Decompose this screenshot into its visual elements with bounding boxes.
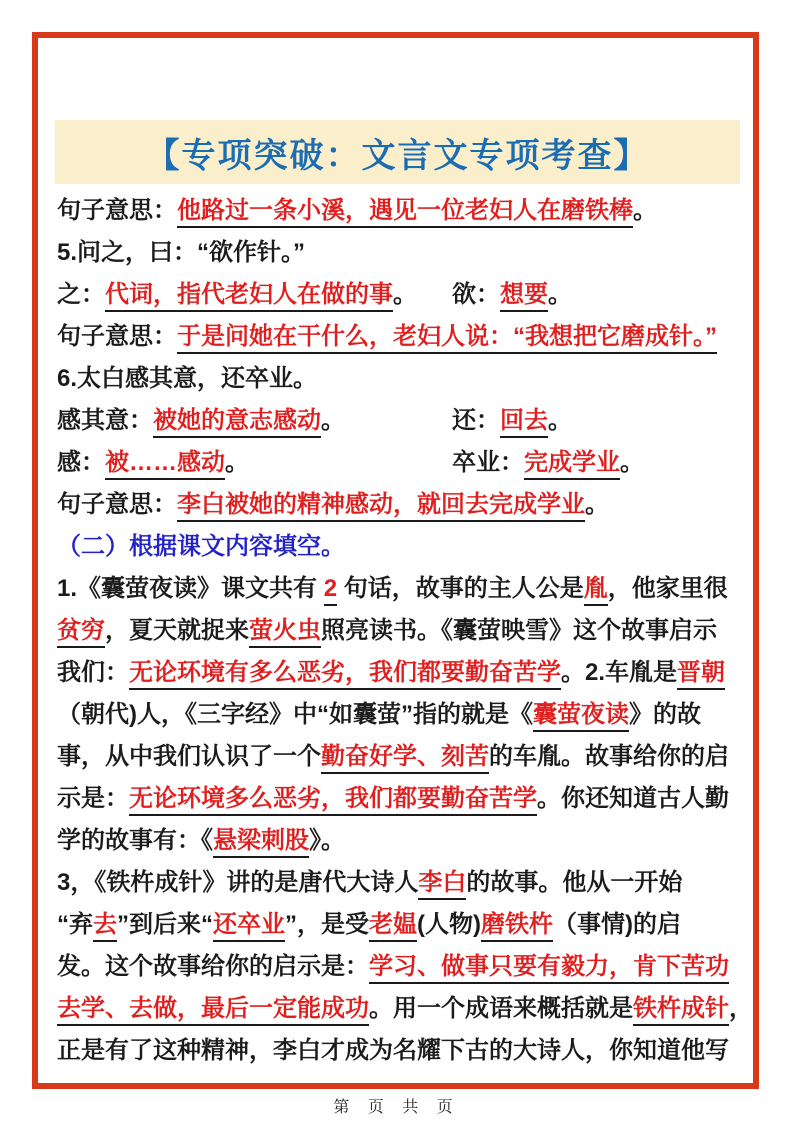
title-banner: 【专项突破：文言文专项考查】 <box>55 120 740 184</box>
question-text: 。你还知道古人勤 <box>537 785 729 812</box>
question-text: （事情)的启 <box>553 911 681 938</box>
text-line: 感：被……感动。卒业：完成学业。 <box>57 442 747 484</box>
text-line: 我们：无论环境有多么恶劣，我们都要勤奋苦学。2.车胤是晋朝 <box>57 652 747 694</box>
question-text: ”到后来“ <box>117 911 213 938</box>
answer-text: 被……感动 <box>105 449 225 480</box>
answer-text: 完成学业 <box>524 449 620 480</box>
question-text: 的车胤。故事给你的启 <box>489 743 729 770</box>
question-text: ”，是受 <box>285 911 369 938</box>
question-text: “弃 <box>57 911 93 938</box>
answer-text: 想要 <box>500 281 548 312</box>
question-text: 6.太白感其意，还卒业。 <box>57 365 317 392</box>
line-column-right: 欲：想要。 <box>452 274 572 316</box>
question-text: 感： <box>57 449 105 476</box>
text-line: 学的故事有：《悬梁刺股》。 <box>57 820 747 862</box>
question-text: 5.问之，曰：“欲作针。” <box>57 239 305 266</box>
answer-text: 无论环境有多么恶劣，我们都要勤奋苦学 <box>129 659 561 690</box>
question-text: 句话，故事的主人公是 <box>337 575 584 602</box>
question-text: 我们： <box>57 659 129 686</box>
question-text: 事，从中我们认识了一个 <box>57 743 321 770</box>
answer-text: 萤火虫 <box>249 617 321 648</box>
worksheet-page: 【专项突破：文言文专项考查】 句子意思：他路过一条小溪，遇见一位老妇人在磨铁棒。… <box>0 0 793 1122</box>
question-text: 示是： <box>57 785 129 812</box>
answer-text: 勤奋好学、刻苦 <box>321 743 489 774</box>
answer-text: 代词，指代老妇人在做的事 <box>105 281 393 312</box>
answer-text: 囊萤夜读 <box>533 701 629 732</box>
question-text: （朝代)人，《三字经》中“如囊萤”指的就是《 <box>57 701 533 728</box>
answer-text: 悬梁刺股 <box>213 827 309 858</box>
answer-text: 铁杵成针 <box>633 995 729 1026</box>
answer-text: 晋朝 <box>677 659 725 690</box>
text-line: 示是：无论环境多么恶劣，我们都要勤奋苦学。你还知道古人勤 <box>57 778 747 820</box>
question-text: 句子意思： <box>57 197 177 224</box>
document-body: 句子意思：他路过一条小溪，遇见一位老妇人在磨铁棒。5.问之，曰：“欲作针。”之：… <box>57 190 747 1072</box>
line-column-left: 感：被……感动。 <box>57 449 249 476</box>
answer-text: 李白 <box>418 869 466 900</box>
answer-text: 学习、做事只要有毅力，肯下苦功 <box>369 953 729 984</box>
question-text: ，夏天就捉来 <box>105 617 249 644</box>
text-line: 正是有了这种精神，李白才成为名耀下古的大诗人，你知道他写 <box>57 1030 747 1072</box>
answer-text: 被她的意志感动 <box>153 407 321 438</box>
answer-text: 于是问她在干什么，老妇人说：“我想把它磨成针。” <box>177 323 717 354</box>
question-text: 感其意： <box>57 407 153 434</box>
line-column-left: 之：代词，指代老妇人在做的事。 <box>57 281 417 308</box>
question-text: 。2.车胤是 <box>561 659 677 686</box>
answer-text: 磨铁杵 <box>481 911 553 942</box>
text-line: 句子意思：李白被她的精神感动，就回去完成学业。 <box>57 484 747 526</box>
question-text: 卒业： <box>452 449 524 476</box>
question-text: 的故事。他从一开始 <box>466 869 682 896</box>
page-footer: 第 页 共 页 <box>0 1094 793 1117</box>
question-text: 之： <box>57 281 105 308</box>
text-line: 5.问之，曰：“欲作针。” <box>57 232 747 274</box>
text-line: 发。这个故事给你的启示是：学习、做事只要有毅力，肯下苦功 <box>57 946 747 988</box>
question-text: 发。这个故事给你的启示是： <box>57 953 369 980</box>
answer-text: 还卒业 <box>213 911 285 942</box>
question-text: 句子意思： <box>57 323 177 350</box>
question-text: 。用一个成语来概括就是 <box>369 995 633 1022</box>
question-text: 。 <box>548 281 572 308</box>
question-text: 。 <box>585 491 609 518</box>
answer-text: 去 <box>93 911 117 942</box>
question-text: 1.《囊萤夜读》课文共有 <box>57 575 324 602</box>
question-text: ，他家里很 <box>608 575 728 602</box>
question-text: 。 <box>321 407 345 434</box>
question-text: 照亮读书。《囊萤映雪》这个故事启示 <box>321 617 717 644</box>
question-text: 。 <box>620 449 644 476</box>
question-text: 欲： <box>452 281 500 308</box>
answer-text: 2 <box>324 575 337 606</box>
answer-text: 回去 <box>500 407 548 438</box>
text-line: 贫穷，夏天就捉来萤火虫照亮读书。《囊萤映雪》这个故事启示 <box>57 610 747 652</box>
line-column-right: 还：回去。 <box>452 400 572 442</box>
question-text: 3，《铁杵成针》讲的是唐代大诗人 <box>57 869 418 896</box>
question-text: 正是有了这种精神，李白才成为名耀下古的大诗人，你知道他写 <box>57 1037 729 1064</box>
line-column-left: 感其意：被她的意志感动。 <box>57 407 345 434</box>
question-text: 》的故 <box>629 701 701 728</box>
question-text: 》。 <box>309 827 345 854</box>
answer-text: 胤 <box>584 575 608 606</box>
question-text: (人物) <box>417 911 481 938</box>
question-text: 。 <box>225 449 249 476</box>
answer-text: 老媪 <box>369 911 417 942</box>
question-text: 学的故事有：《 <box>57 827 213 854</box>
text-line: 3，《铁杵成针》讲的是唐代大诗人李白的故事。他从一开始 <box>57 862 747 904</box>
text-line: （二）根据课文内容填空。 <box>57 526 747 568</box>
answer-text: 去学、去做，最后一定能成功 <box>57 995 369 1026</box>
question-text: 还： <box>452 407 500 434</box>
answer-text: 李白被她的精神感动，就回去完成学业 <box>177 491 585 522</box>
question-text: 。 <box>633 197 657 224</box>
text-line: （朝代)人，《三字经》中“如囊萤”指的就是《囊萤夜读》的故 <box>57 694 747 736</box>
section-heading-text: （二）根据课文内容填空。 <box>57 533 345 560</box>
question-text: ， <box>729 995 753 1022</box>
text-line: 之：代词，指代老妇人在做的事。欲：想要。 <box>57 274 747 316</box>
question-text: 句子意思： <box>57 491 177 518</box>
text-line: 感其意：被她的意志感动。还：回去。 <box>57 400 747 442</box>
text-line: 去学、去做，最后一定能成功。用一个成语来概括就是铁杵成针， <box>57 988 747 1030</box>
answer-text: 贫穷 <box>57 617 105 648</box>
question-text: 。 <box>393 281 417 308</box>
text-line: 事，从中我们认识了一个勤奋好学、刻苦的车胤。故事给你的启 <box>57 736 747 778</box>
text-line: 句子意思：于是问她在干什么，老妇人说：“我想把它磨成针。” <box>57 316 747 358</box>
text-line: 6.太白感其意，还卒业。 <box>57 358 747 400</box>
answer-text: 无论环境多么恶劣，我们都要勤奋苦学 <box>129 785 537 816</box>
answer-text: 他路过一条小溪，遇见一位老妇人在磨铁棒 <box>177 197 633 228</box>
page-title: 【专项突破：文言文专项考查】 <box>146 128 650 177</box>
text-line: 1.《囊萤夜读》课文共有 2 句话，故事的主人公是胤，他家里很 <box>57 568 747 610</box>
line-column-right: 卒业：完成学业。 <box>452 442 644 484</box>
text-line: 句子意思：他路过一条小溪，遇见一位老妇人在磨铁棒。 <box>57 190 747 232</box>
text-line: “弃去”到后来“还卒业”，是受老媪(人物)磨铁杵（事情)的启 <box>57 904 747 946</box>
question-text: 。 <box>548 407 572 434</box>
